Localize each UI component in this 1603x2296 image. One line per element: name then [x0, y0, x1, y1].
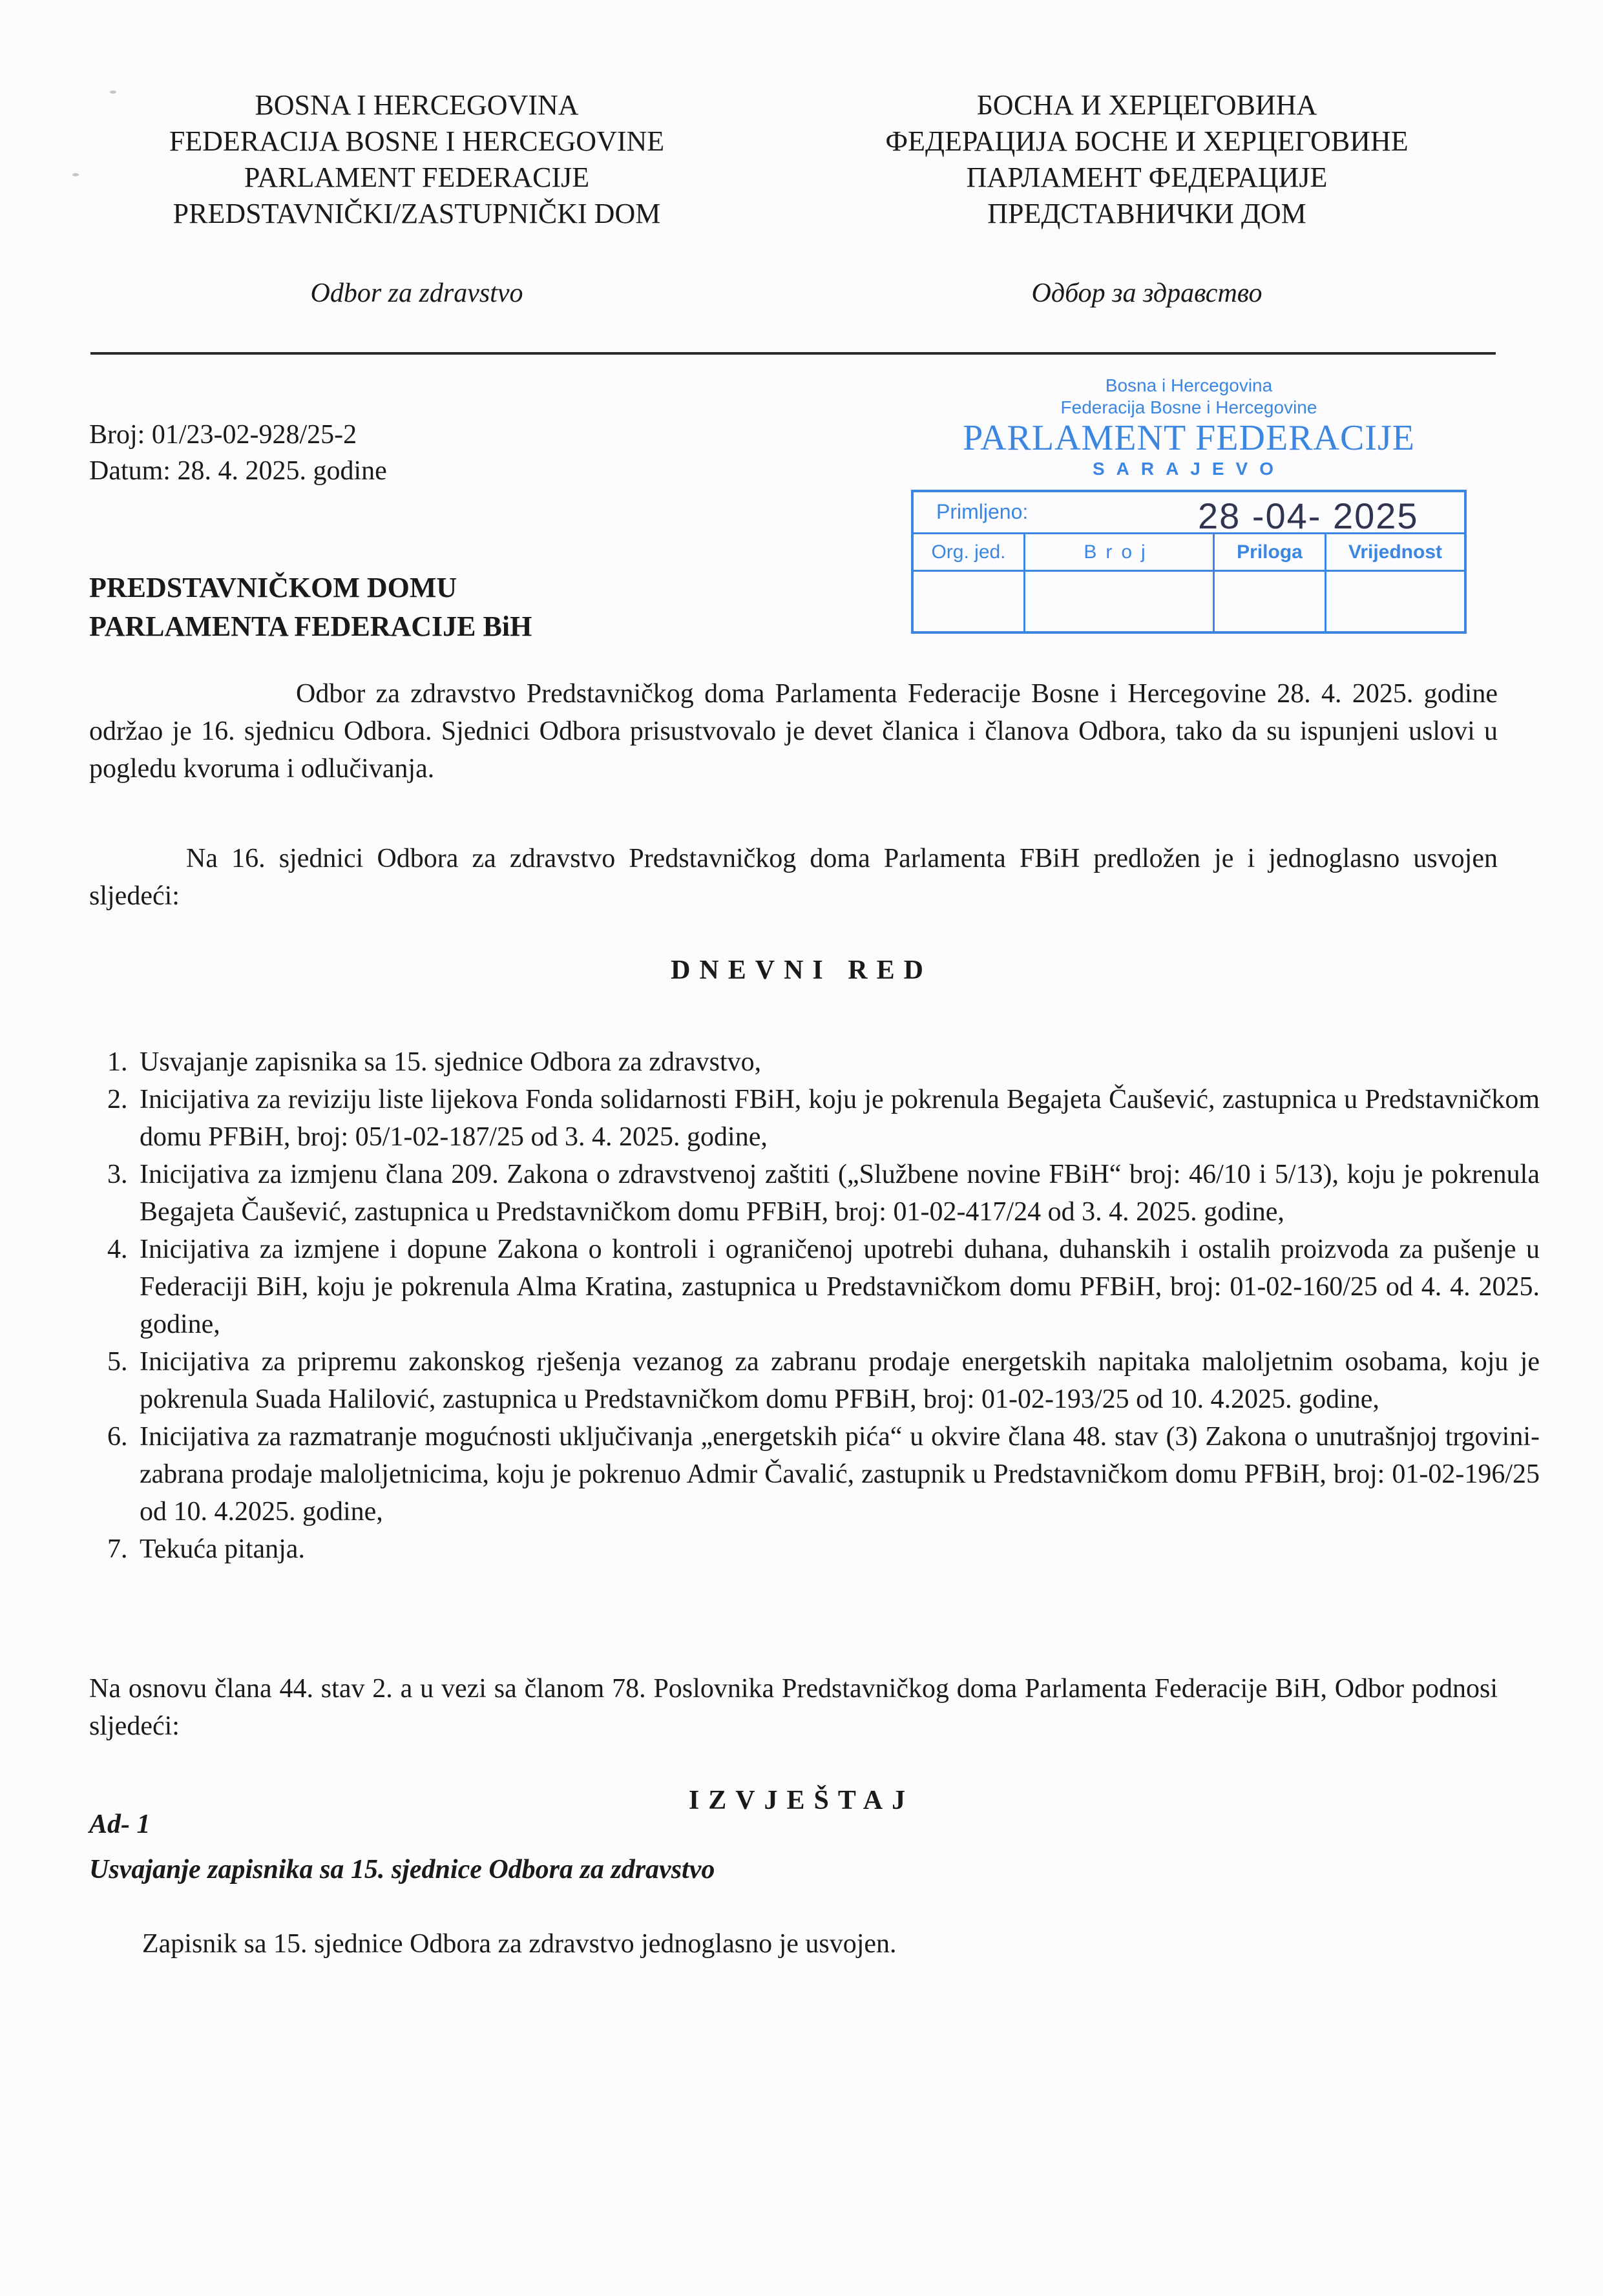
header-line: PARLAMENT FEDERACIJE — [94, 160, 740, 196]
document-number: Broj: 01/23-02-928/25-2 — [89, 417, 387, 453]
scan-speck — [72, 173, 79, 176]
stamp-received-date: 28 -04- 2025 — [1198, 495, 1419, 537]
stamp-column-label: Vrijednost — [1326, 534, 1464, 572]
header-cyrillic: БОСНА И ХЕРЦЕГОВИНА ФЕДЕРАЦИЈА БОСНЕ И Х… — [824, 87, 1470, 232]
header-line: БОСНА И ХЕРЦЕГОВИНА — [824, 87, 1470, 123]
header-line: ФЕДЕРАЦИЈА БОСНЕ И ХЕРЦЕГОВИНЕ — [824, 123, 1470, 160]
stamp-cell: Vrijednost — [1326, 534, 1464, 631]
stamp-cell: Broj — [1025, 534, 1215, 631]
stamp-received-label: Primljeno: — [936, 500, 1028, 524]
stamp-column-label: Org. jed. — [914, 534, 1023, 572]
header-line: ПРЕДСТАВНИЧКИ ДОМ — [824, 196, 1470, 232]
stamp-grid: Org. jed. Broj Priloga Vrijednost — [914, 534, 1464, 631]
intro-paragraph: Odbor za zdravstvo Predstavničkog doma P… — [89, 675, 1498, 788]
stamp-cell: Org. jed. — [914, 534, 1025, 631]
agenda-item: Tekuća pitanja. — [134, 1530, 1540, 1568]
stamp-column-label: Broj — [1025, 534, 1213, 572]
addressee: PREDSTAVNIČKOM DOMU PARLAMENTA FEDERACIJ… — [89, 569, 532, 646]
agenda-item: Inicijativa za reviziju liste lijekova F… — [134, 1081, 1540, 1156]
agenda-item: Inicijativa za razmatranje mogućnosti uk… — [134, 1418, 1540, 1530]
agenda-list: Usvajanje zapisnika sa 15. sjednice Odbo… — [89, 1043, 1540, 1568]
addressee-line: PARLAMENTA FEDERACIJE BiH — [89, 607, 532, 646]
header-line: FEDERACIJA BOSNE I HERCEGOVINE — [94, 123, 740, 160]
ad1-text: Zapisnik sa 15. sjednice Odbora za zdrav… — [142, 1928, 897, 1959]
ad1-title: Usvajanje zapisnika sa 15. sjednice Odbo… — [89, 1854, 715, 1885]
document-date: Datum: 28. 4. 2025. godine — [89, 453, 387, 489]
committee-name-latin: Odbor za zdravstvo — [94, 278, 740, 309]
stamp-received-row: Primljeno: 28 -04- 2025 — [914, 492, 1464, 534]
stamp-line: SARAJEVO — [911, 457, 1467, 481]
document-page: BOSNA I HERCEGOVINA FEDERACIJA BOSNE I H… — [0, 0, 1603, 2296]
agenda-item: Usvajanje zapisnika sa 15. sjednice Odbo… — [134, 1043, 1540, 1081]
agenda-item: Inicijativa za izmjenu člana 209. Zakona… — [134, 1156, 1540, 1231]
agenda-item: Inicijativa za pripremu zakonskog rješen… — [134, 1343, 1540, 1418]
stamp-cell: Priloga — [1215, 534, 1326, 631]
basis-paragraph: Na osnovu člana 44. stav 2. a u vezi sa … — [89, 1670, 1498, 1745]
document-meta: Broj: 01/23-02-928/25-2 Datum: 28. 4. 20… — [89, 417, 387, 489]
stamp-column-label: Priloga — [1215, 534, 1325, 572]
agenda-item: Inicijativa za izmjene i dopune Zakona o… — [134, 1231, 1540, 1343]
header-line: BOSNA I HERCEGOVINA — [94, 87, 740, 123]
committee-name-cyrillic: Одбор за здравство — [824, 278, 1470, 309]
proposal-paragraph: Na 16. sjednici Odbora za zdravstvo Pred… — [89, 840, 1498, 915]
received-stamp: Bosna i Hercegovina Federacija Bosne i H… — [911, 375, 1467, 634]
header-divider — [90, 352, 1496, 355]
header-line: PREDSTAVNIČKI/ZASTUPNIČKI DOM — [94, 196, 740, 232]
agenda-title: DNEVNI RED — [0, 955, 1603, 986]
stamp-line: Bosna i Hercegovina — [911, 375, 1467, 397]
header-latin: BOSNA I HERCEGOVINA FEDERACIJA BOSNE I H… — [94, 87, 740, 232]
addressee-line: PREDSTAVNIČKOM DOMU — [89, 569, 532, 607]
header-line: ПАРЛАМЕНТ ФЕДЕРАЦИЈЕ — [824, 160, 1470, 196]
stamp-line: Federacija Bosne i Hercegovine — [911, 397, 1467, 419]
stamp-line: PARLAMENT FEDERACIJE — [911, 419, 1467, 457]
ad1-label: Ad- 1 — [89, 1809, 151, 1840]
stamp-box: Primljeno: 28 -04- 2025 Org. jed. Broj P… — [911, 490, 1467, 634]
report-title: IZVJEŠTAJ — [0, 1785, 1603, 1816]
